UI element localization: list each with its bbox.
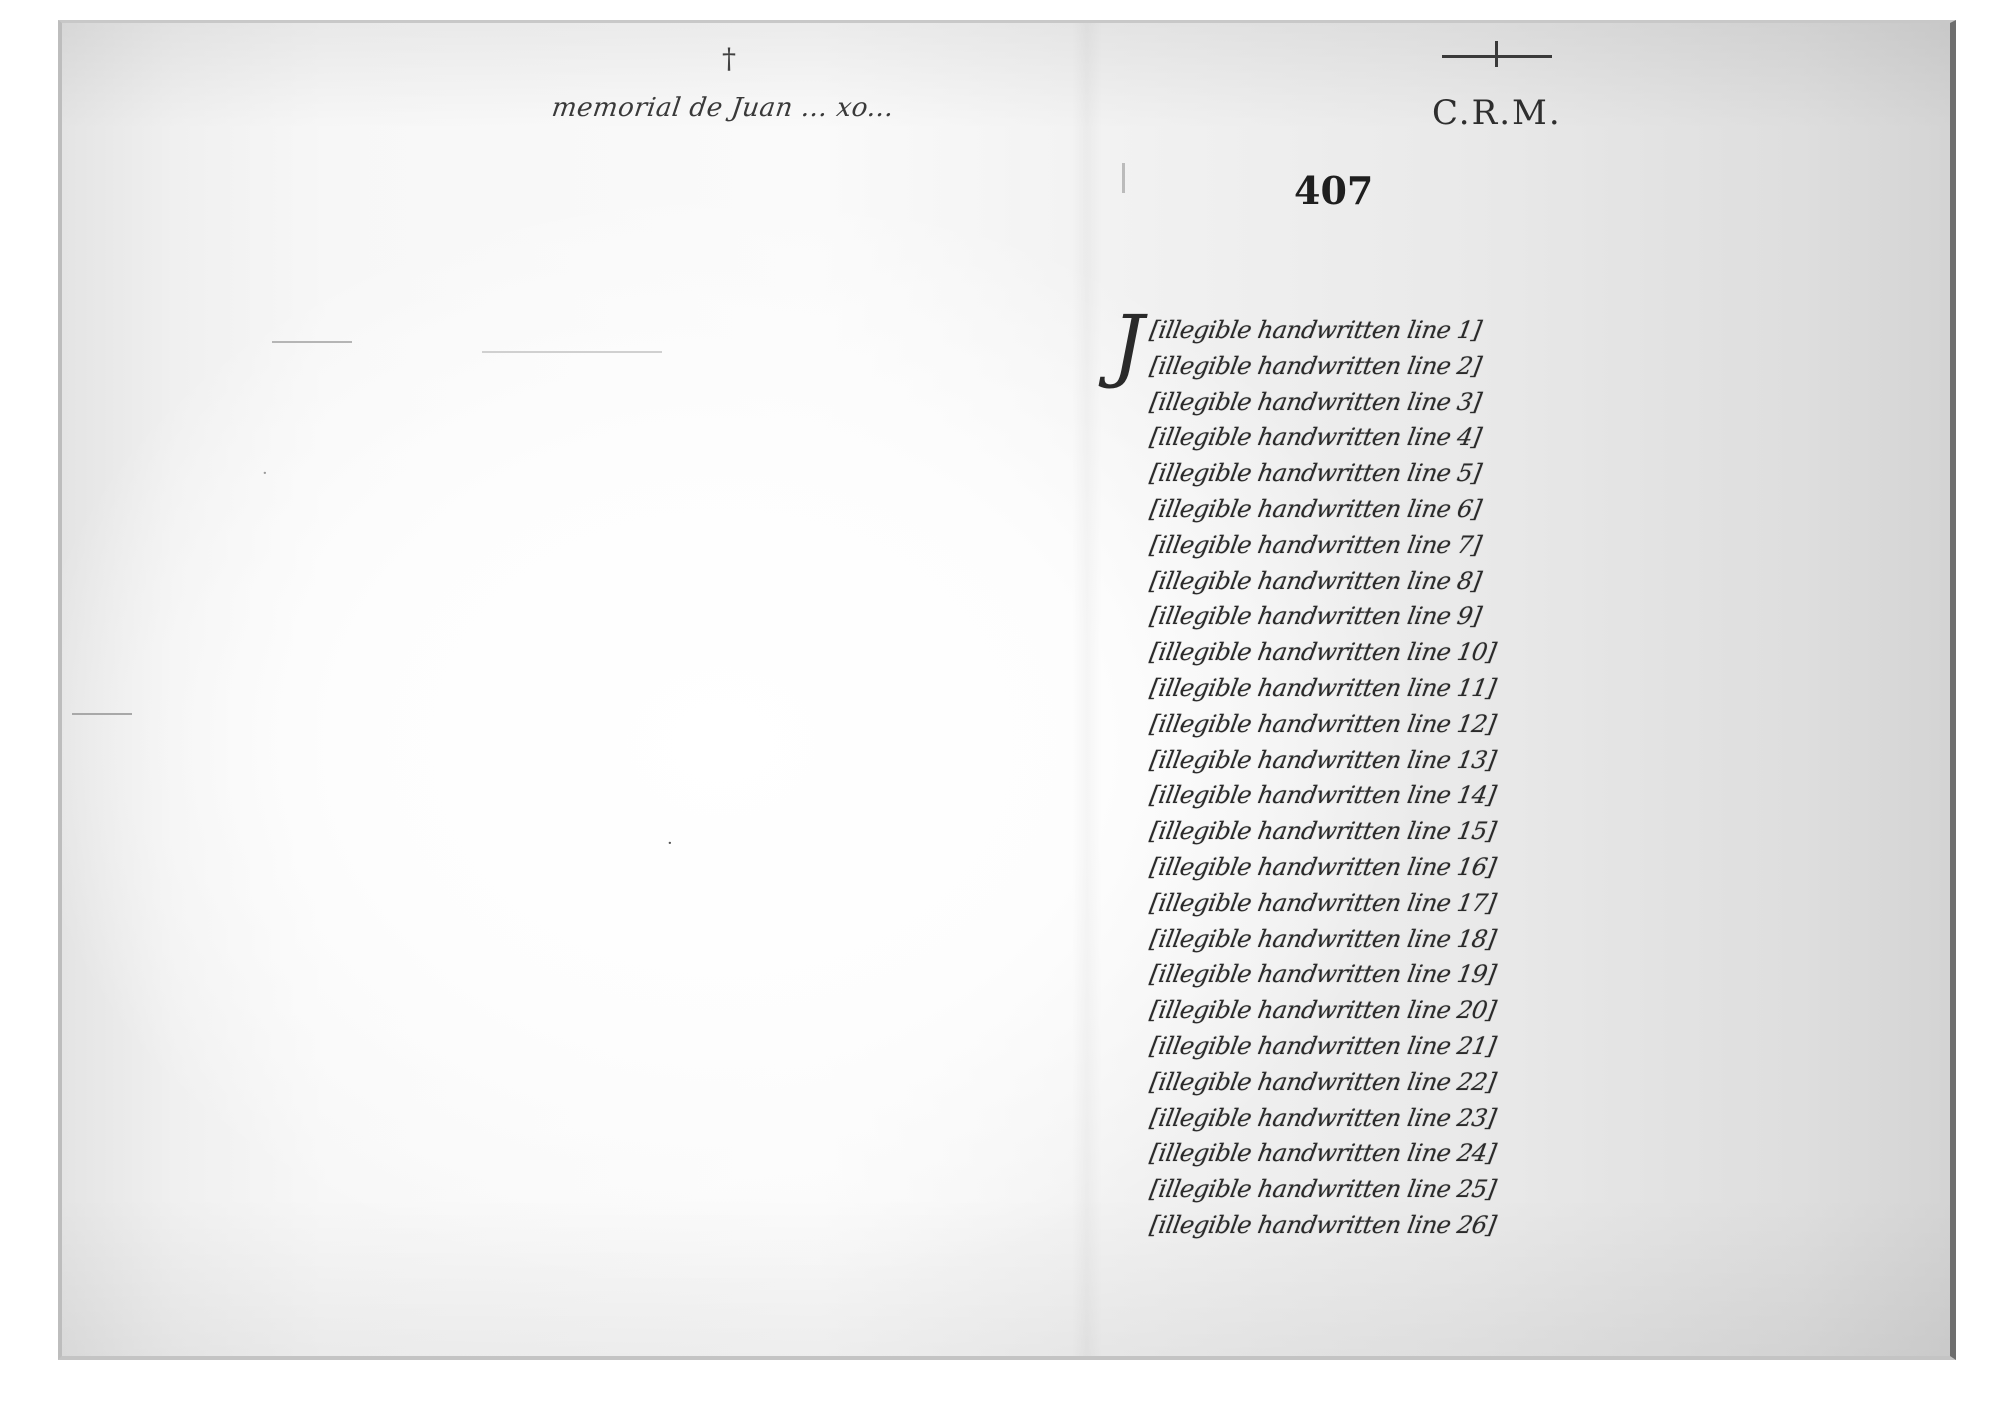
text-line: [illegible handwritten line 23] [1147,1101,1943,1137]
text-line: [illegible handwritten line 20] [1147,993,1943,1029]
folio-tick [1122,163,1125,193]
text-line: [illegible handwritten line 9] [1147,599,1943,635]
text-line: [illegible handwritten line 11] [1147,671,1943,707]
text-line: [illegible handwritten line 21] [1147,1029,1943,1065]
left-header-note: memorial de Juan ... xo... [550,93,896,123]
text-line: [illegible handwritten line 4] [1147,420,1943,456]
text-line: [illegible handwritten line 25] [1147,1172,1943,1208]
text-line: [illegible handwritten line 3] [1147,385,1943,421]
right-header: C.R.M. [1432,93,1562,133]
text-line: [illegible handwritten line 8] [1147,564,1943,600]
text-line: [illegible handwritten line 1] [1147,313,1943,349]
text-line: [illegible handwritten line 12] [1147,707,1943,743]
text-line: [illegible handwritten line 15] [1147,814,1943,850]
cross-mark-right-stem [1495,41,1498,67]
folio-number: 407 [1294,168,1373,213]
text-line: [illegible handwritten line 13] [1147,743,1943,779]
manuscript-scan: † memorial de Juan ... xo... · · C.R.M. … [58,20,1956,1360]
text-line: [illegible handwritten line 22] [1147,1065,1943,1101]
text-line: [illegible handwritten line 18] [1147,922,1943,958]
faint-mark: · [667,833,673,854]
text-line: [illegible handwritten line 7] [1147,528,1943,564]
faint-mark [482,351,662,353]
drop-cap: J [1112,305,1144,385]
right-page: C.R.M. 407 J [illegible handwritten line… [1082,23,1960,1356]
faint-mark [272,341,352,343]
text-line: [illegible handwritten line 6] [1147,492,1943,528]
text-line: [illegible handwritten line 16] [1147,850,1943,886]
text-line: [illegible handwritten line 26] [1147,1208,1943,1244]
faint-mark [72,713,132,715]
text-line: [illegible handwritten line 2] [1147,349,1943,385]
manuscript-body: [illegible handwritten line 1] [illegibl… [1150,313,1940,1244]
text-line: [illegible handwritten line 10] [1147,635,1943,671]
text-line: [illegible handwritten line 14] [1147,778,1943,814]
text-line: [illegible handwritten line 24] [1147,1136,1943,1172]
text-line: [illegible handwritten line 19] [1147,957,1943,993]
left-page: † memorial de Juan ... xo... · · [62,23,1082,1356]
text-line: [illegible handwritten line 17] [1147,886,1943,922]
faint-mark: · [262,463,268,484]
cross-mark-left: † [722,45,736,73]
text-line: [illegible handwritten line 5] [1147,456,1943,492]
